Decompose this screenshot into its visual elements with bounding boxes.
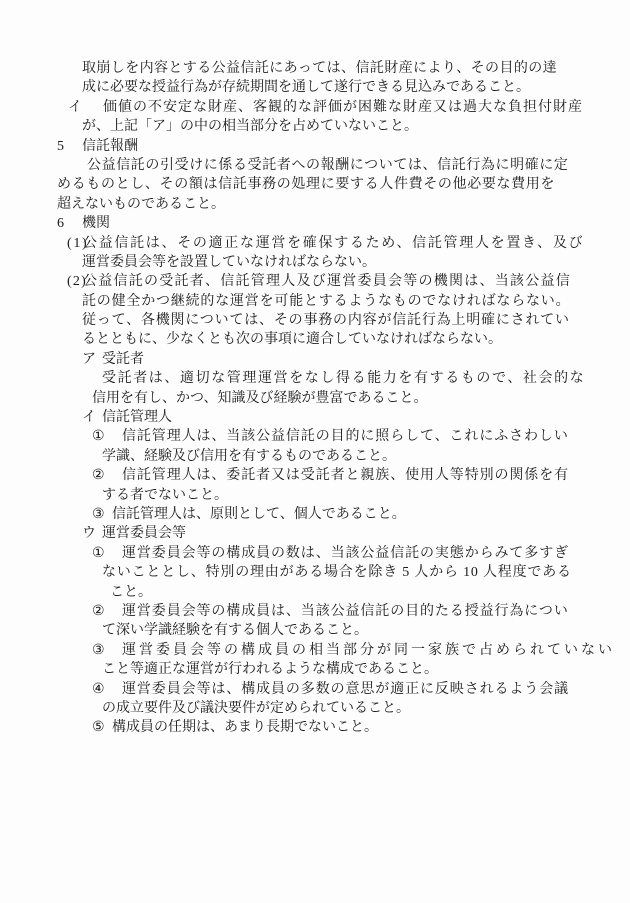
line-text: 公益信託の引受けに係る受託者への報酬については、信託行為に明確に定: [87, 158, 569, 173]
document-body: 取崩しを内容とする公益信託にあっては、信託財産により、その目的の達成に必要な授益…: [0, 59, 630, 738]
line-text: こと。: [110, 585, 152, 600]
list-marker: ⑤: [92, 718, 112, 737]
text-line: 託の健全かつ継続的な運営を可能とするようなものでなければならない。: [0, 292, 630, 311]
line-text: 学識、経験及び信用を有するものであること。: [102, 449, 396, 464]
line-text: 従って、各機関については、その事務の内容が信託行為上明確にされてい: [82, 313, 570, 328]
line-text: 取崩しを内容とする公益信託にあっては、信託財産により、その目的の達: [82, 61, 557, 76]
line-text: 信託管理人は、委託者又は受託者と親族、使用人等特別の関係を有: [122, 468, 569, 483]
text-line: ないこととし、特別の理由がある場合を除き 5 人から 10 人程度である: [0, 563, 630, 582]
line-text: 運営委員会等の構成員は、当該公益信託の目的たる授益行為につい: [122, 604, 569, 619]
line-text: 信託報酬: [82, 139, 138, 154]
text-line: こと等適正な運営が行われるような構成であること。: [0, 660, 630, 679]
line-text: 託の健全かつ継続的な運営を可能とするようなものでなければならない。: [82, 294, 570, 309]
text-line: ③信託管理人は、原則として、個人であること。: [0, 505, 630, 524]
line-text: 公益信託の受託者、信託管理人及び運営委員会等の機関は、当該公益信: [83, 274, 571, 289]
text-line: ①信託管理人は、当該公益信託の目的に照らして、これにふさわしい: [0, 427, 630, 446]
line-text: が、上記「ア」の中の相当部分を占めていないこと。: [82, 119, 418, 134]
text-line: 学識、経験及び信用を有するものであること。: [0, 447, 630, 466]
text-line: 成に必要な授益行為が存続期間を通して遂行できる見込みであること。: [0, 78, 630, 97]
text-line: 従って、各機関については、その事務の内容が信託行為上明確にされてい: [0, 311, 630, 330]
text-line: 信用を有し、かつ、知識及び経験が豊富であること。: [0, 389, 630, 408]
list-marker: ②: [92, 602, 122, 621]
line-text: 運営委員会等の構成員の相当部分が同一家族で占められていない: [122, 643, 615, 658]
text-line: ④運営委員会等は、構成員の多数の意思が適正に反映されるよう会議: [0, 680, 630, 699]
list-marker: イ: [82, 408, 102, 427]
line-text: 超えないものであること。: [57, 197, 225, 212]
list-marker: ④: [92, 680, 122, 699]
line-text: 受託者は、適切な管理運営をなし得る能力を有するもので、社会的な: [102, 371, 585, 386]
text-line: 公益信託の引受けに係る受託者への報酬については、信託行為に明確に定: [0, 156, 630, 175]
line-text: て深い学識経験を有する個人であること。: [102, 623, 368, 638]
list-marker: イ: [68, 98, 103, 117]
list-marker: 6: [57, 214, 82, 233]
text-line: 受託者は、適切な管理運営をなし得る能力を有するもので、社会的な: [0, 369, 630, 388]
list-marker: ①: [92, 544, 122, 563]
line-text: する者でないこと。: [102, 488, 228, 503]
text-line: ①運営委員会等の構成員の数は、当該公益信託の実態からみて多すぎ: [0, 544, 630, 563]
list-marker: ③: [92, 641, 122, 660]
line-text: ないこととし、特別の理由がある場合を除き 5 人から 10 人程度である: [102, 565, 572, 580]
text-line: 6機関: [0, 214, 630, 233]
text-line: する者でないこと。: [0, 486, 630, 505]
text-line: こと。: [0, 583, 630, 602]
line-text: 受託者: [102, 352, 144, 367]
text-line: (1)公益信託は、その適正な運営を確保するため、信託管理人を置き、及び: [0, 234, 630, 253]
text-line: 5信託報酬: [0, 137, 630, 156]
line-text: の成立要件及び議決要件が定められていること。: [102, 701, 410, 716]
line-text: 信託管理人は、当該公益信託の目的に照らして、これにふさわしい: [122, 429, 569, 444]
page-root: { "page": { "background_color": "#fdfdfd…: [0, 0, 630, 903]
line-text: 成に必要な授益行為が存続期間を通して遂行できる見込みであること。: [82, 80, 530, 95]
text-line: (2)公益信託の受託者、信託管理人及び運営委員会等の機関は、当該公益信: [0, 272, 630, 291]
document-page: 取崩しを内容とする公益信託にあっては、信託財産により、その目的の達成に必要な授益…: [0, 0, 630, 903]
line-text: 公益信託は、その適正な運営を確保するため、信託管理人を置き、及び: [83, 236, 584, 251]
line-text: こと等適正な運営が行われるような構成であること。: [102, 662, 438, 677]
text-line: ②運営委員会等の構成員は、当該公益信託の目的たる授益行為につい: [0, 602, 630, 621]
line-text: 構成員の任期は、あまり長期でないこと。: [112, 720, 378, 735]
text-line: て深い学識経験を有する個人であること。: [0, 621, 630, 640]
text-line: ウ運営委員会等: [0, 524, 630, 543]
text-line: イ信託管理人: [0, 408, 630, 427]
text-line: の成立要件及び議決要件が定められていること。: [0, 699, 630, 718]
list-marker: (2): [67, 272, 83, 291]
list-marker: ウ: [82, 524, 102, 543]
text-line: が、上記「ア」の中の相当部分を占めていないこと。: [0, 117, 630, 136]
line-text: 信託管理人: [102, 410, 172, 425]
line-text: 信用を有し、かつ、知識及び経験が豊富であること。: [92, 391, 427, 406]
line-text: 信託管理人は、原則として、個人であること。: [112, 507, 406, 522]
line-text: 運営委員会等の構成員の数は、当該公益信託の実態からみて多すぎ: [122, 546, 569, 561]
line-text: 運営委員会等を設置していなければならない。: [82, 255, 376, 270]
line-text: るとともに、少なくとも次の事項に適合していなければならない。: [82, 332, 502, 347]
list-marker: ②: [92, 466, 122, 485]
line-text: 機関: [82, 216, 110, 231]
text-line: 運営委員会等を設置していなければならない。: [0, 253, 630, 272]
text-line: ⑤構成員の任期は、あまり長期でないこと。: [0, 718, 630, 737]
text-line: 取崩しを内容とする公益信託にあっては、信託財産により、その目的の達: [0, 59, 630, 78]
line-text: 運営委員会等は、構成員の多数の意思が適正に反映されるよう会議: [122, 682, 569, 697]
list-marker: ③: [92, 505, 112, 524]
list-marker: (1): [67, 234, 83, 253]
line-text: 運営委員会等: [102, 526, 186, 541]
list-marker: 5: [57, 137, 82, 156]
text-line: イ価値の不安定な財産、客観的な評価が困難な財産又は過大な負担付財産: [0, 98, 630, 117]
line-text: 価値の不安定な財産、客観的な評価が困難な財産又は過大な負担付財産: [103, 100, 583, 115]
text-line: ア受託者: [0, 350, 630, 369]
text-line: めるものとし、その額は信託事務の処理に要する人件費その他必要な費用を: [0, 175, 630, 194]
list-marker: ア: [82, 350, 102, 369]
list-marker: ①: [92, 427, 122, 446]
text-line: 超えないものであること。: [0, 195, 630, 214]
text-line: ②信託管理人は、委託者又は受託者と親族、使用人等特別の関係を有: [0, 466, 630, 485]
text-line: るとともに、少なくとも次の事項に適合していなければならない。: [0, 330, 630, 349]
line-text: めるものとし、その額は信託事務の処理に要する人件費その他必要な費用を: [57, 177, 555, 192]
text-line: ③運営委員会等の構成員の相当部分が同一家族で占められていない: [0, 641, 630, 660]
